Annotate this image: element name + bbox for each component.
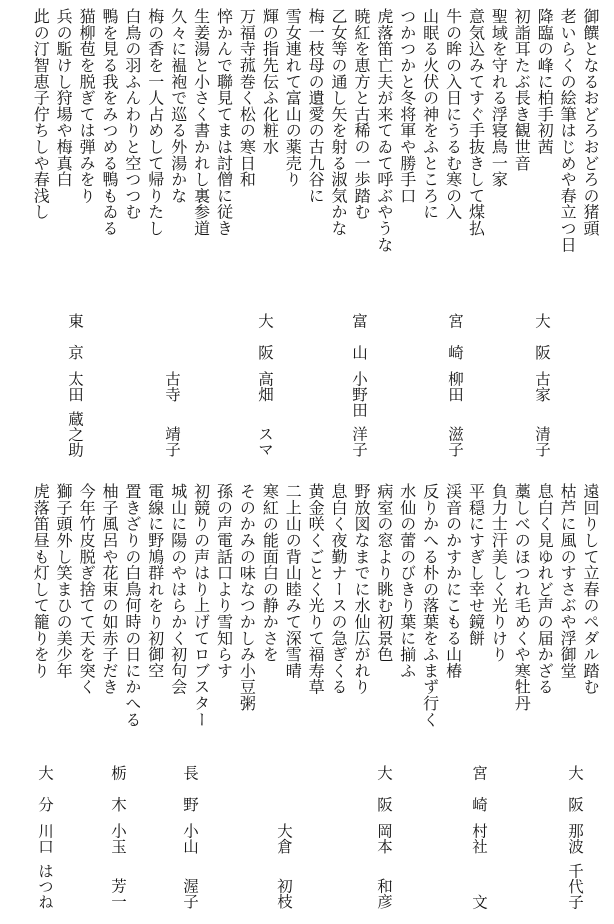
poem-column: 電線に野鳩群れをり初御空 xyxy=(142,483,165,795)
poem-column: 意気込みてすぐ手抜きして煤払 xyxy=(463,8,486,320)
author-attribution: 大倉初枝 xyxy=(272,765,290,924)
poem-column: 虎落笛昼も灯して籠りをり xyxy=(27,483,50,795)
author-location: 大分 xyxy=(33,765,55,828)
author-given-name: 蔵之助 xyxy=(63,411,85,458)
author-attribution: 宮崎柳田滋子 xyxy=(443,313,461,473)
poem-column: 遠回りして立春のペダル踏む xyxy=(577,483,600,795)
author-given-name: 千代子 xyxy=(563,863,585,910)
poem-column: 老いらくの絵筆はじめや春立つ日 xyxy=(554,8,577,320)
author-attribution: 東京太田蔵之助 xyxy=(63,313,81,473)
author-location: 宮崎 xyxy=(443,313,465,376)
poem-list-top: 御饌となるおどろおどろの猪頭老いらくの絵筆はじめや春立つ日降臨の峰に柏手初茜初詣… xyxy=(27,8,600,320)
poem-column: 初競りの声はり上げてロブスター xyxy=(188,483,211,795)
poem-column: 白鳥の羽ふんわりと空つつむ xyxy=(119,8,142,320)
poem-column: 病室の窓より眺む初景色 xyxy=(371,483,394,795)
author-surname: 岡本 xyxy=(372,823,394,854)
author-given-name: 芳一 xyxy=(106,878,128,909)
poem-column: 渓音のかすかにこもる山椿 xyxy=(440,483,463,795)
author-surname: 川口 xyxy=(33,823,55,854)
author-surname: 古寺 xyxy=(160,371,182,402)
author-name: 小玉芳一 xyxy=(106,823,128,909)
author-given-name: 和彦 xyxy=(372,878,394,909)
poem-column: 山眠る火伏の神をふところに xyxy=(417,8,440,320)
author-name: 古家清子 xyxy=(530,371,552,457)
poem-column: 初詣耳たぶ長き観世音 xyxy=(508,8,531,320)
author-attribution: 栃木小玉芳一 xyxy=(106,765,124,924)
author-location: 長野 xyxy=(178,765,200,828)
author-location: 東京 xyxy=(63,313,85,376)
author-attribution: 長野小山渥子 xyxy=(178,765,196,924)
author-location: 富山 xyxy=(347,313,369,376)
author-name: 小野田洋子 xyxy=(347,371,369,457)
author-name: 小山渥子 xyxy=(178,823,200,909)
author-band-bottom: 大阪那波千代子宮崎村社文大阪岡本和彦大倉初枝長野小山渥子栃木小玉芳一大分川口はつ… xyxy=(0,765,614,924)
poem-column: 梅の香を一人占めして帰りたし xyxy=(142,8,165,320)
poem-column: 城山に陽のやはらかく初句会 xyxy=(165,483,188,795)
author-given-name: 靖子 xyxy=(160,426,182,457)
poem-column: 兵の駈けし狩場や梅真白 xyxy=(50,8,73,320)
poem-column: 枯芦に風のすさぶや浮御堂 xyxy=(554,483,577,795)
author-surname: 太田 xyxy=(63,371,85,402)
author-attribution: 大阪高畑スマ xyxy=(253,313,271,473)
author-attribution: 大阪那波千代子 xyxy=(563,765,581,924)
poem-column: 万福寺菰巻く松の寒日和 xyxy=(234,8,257,320)
poem-column: 今年竹皮脱ぎ捨てて天を突く xyxy=(73,483,96,795)
author-surname: 小野田 xyxy=(347,371,369,418)
poem-column: 雪女連れて富山の薬売り xyxy=(279,8,302,320)
author-location: 大阪 xyxy=(563,765,585,828)
author-given-name: 清子 xyxy=(530,426,552,457)
author-given-name: はつね xyxy=(33,863,55,910)
poem-column: 聖域を守れる浮寝鳥一家 xyxy=(485,8,508,320)
poem-column: 輝の指先伝ふ化粧水 xyxy=(256,8,279,320)
author-name: 川口はつね xyxy=(33,823,55,909)
author-given-name: 渥子 xyxy=(178,878,200,909)
author-attribution: 大阪古家清子 xyxy=(530,313,548,473)
poem-column: そのかみの味なつかしみ小豆粥 xyxy=(234,483,257,795)
author-location: 大阪 xyxy=(530,313,552,376)
poem-column: 獅子頭外し笑まひの美少年 xyxy=(50,483,73,795)
author-name: 那波千代子 xyxy=(563,823,585,909)
poem-column: 二上山の背山睦みて深雪晴 xyxy=(279,483,302,795)
poem-column: 生姜湯と小さく書かれし裏参道 xyxy=(188,8,211,320)
author-attribution: 大阪岡本和彦 xyxy=(372,765,390,924)
author-name: 高畑スマ xyxy=(253,371,275,457)
author-name: 大倉初枝 xyxy=(272,823,294,909)
poem-column: つかつかと冬将軍や勝手口 xyxy=(394,8,417,320)
author-name: 太田蔵之助 xyxy=(63,371,85,457)
author-surname: 大倉 xyxy=(272,823,294,854)
author-given-name: 滋子 xyxy=(443,426,465,457)
section-bottom: 遠回りして立春のペダル踏む枯芦に風のすさぶや浮御堂息白く見ゆれど声の届かざる藁し… xyxy=(0,462,614,924)
poem-column: 猫柳苞を脱ぎては弾みをり xyxy=(73,8,96,320)
poem-column: 野放図なまでに水仙広がれり xyxy=(348,483,371,795)
author-name: 村社文 xyxy=(467,823,489,909)
poem-column: 平穏にすぎし幸せ鏡餅 xyxy=(463,483,486,795)
author-location: 栃木 xyxy=(106,765,128,828)
author-attribution: 大分川口はつね xyxy=(33,765,51,924)
poem-column: 黄金咲くごとく光りて福寿草 xyxy=(302,483,325,795)
author-surname: 那波 xyxy=(563,823,585,854)
poem-column: 降臨の峰に柏手初茜 xyxy=(531,8,554,320)
author-given-name: スマ xyxy=(253,426,275,457)
poem-column: 孫の声電話口より雪知らす xyxy=(211,483,234,795)
author-given-name: 初枝 xyxy=(272,878,294,909)
poem-list-bottom: 遠回りして立春のペダル踏む枯芦に風のすさぶや浮御堂息白く見ゆれど声の届かざる藁し… xyxy=(27,483,600,795)
author-surname: 小山 xyxy=(178,823,200,854)
author-attribution: 宮崎村社文 xyxy=(467,765,485,924)
poem-column: 此の汀智恵子佇ちしや春浅し xyxy=(27,8,50,320)
author-location: 宮崎 xyxy=(467,765,489,828)
poem-column: 藁しべのほつれ毛めくや寒牡丹 xyxy=(508,483,531,795)
author-given-name: 洋子 xyxy=(347,426,369,457)
author-name: 古寺靖子 xyxy=(160,371,182,457)
poem-column: 乙女等の通し矢を射る淑気かな xyxy=(325,8,348,320)
poem-column: 柚子風呂や花束の如赤子だき xyxy=(96,483,119,795)
author-location: 大阪 xyxy=(253,313,275,376)
poem-column: 悴かんで聯見てまは討僧に従き xyxy=(211,8,234,320)
poem-column: 負力士汗美しく光りけり xyxy=(485,483,508,795)
author-surname: 高畑 xyxy=(253,371,275,402)
poem-column: 反りかへる朴の落葉をふまず行く xyxy=(417,483,440,795)
anthology-page: 御饌となるおどろおどろの猪頭老いらくの絵筆はじめや春立つ日降臨の峰に柏手初茜初詣… xyxy=(0,0,614,924)
author-surname: 村社 xyxy=(467,823,489,854)
author-surname: 柳田 xyxy=(443,371,465,402)
poem-column: 水仙の蕾のびきり葉に揃ふ xyxy=(394,483,417,795)
author-name: 柳田滋子 xyxy=(443,371,465,457)
poem-column: 暁紅を恵方と古稀の一歩踏む xyxy=(348,8,371,320)
poem-column: 鴨を見る我をみつめる鴨もゐる xyxy=(96,8,119,320)
poem-column: 久々に褞袍で巡る外湯かな xyxy=(165,8,188,320)
author-given-name: 文 xyxy=(467,894,489,910)
poem-column: 寒紅の能面白の静かさを xyxy=(256,483,279,795)
author-attribution: 古寺靖子 xyxy=(160,313,178,473)
author-surname: 小玉 xyxy=(106,823,128,854)
author-surname: 古家 xyxy=(530,371,552,402)
author-location: 大阪 xyxy=(372,765,394,828)
author-band-top: 大阪古家清子宮崎柳田滋子富山小野田洋子大阪高畑スマ古寺靖子東京太田蔵之助 xyxy=(0,313,614,478)
section-top: 御饌となるおどろおどろの猪頭老いらくの絵筆はじめや春立つ日降臨の峰に柏手初茜初詣… xyxy=(0,0,614,462)
poem-column: 息白く見ゆれど声の届かざる xyxy=(531,483,554,795)
poem-column: 虎落笛亡夫が来てゐて呼ぶやうな xyxy=(371,8,394,320)
author-attribution: 富山小野田洋子 xyxy=(347,313,365,473)
author-name: 岡本和彦 xyxy=(372,823,394,909)
poem-column: 御饌となるおどろおどろの猪頭 xyxy=(577,8,600,320)
poem-column: 梅一枝母の遺愛の古九谷に xyxy=(302,8,325,320)
poem-column: 息白く夜勤ナースの急ぎくる xyxy=(325,483,348,795)
poem-column: 牛の眸の入日にうるむ寒の入 xyxy=(440,8,463,320)
poem-column: 置きざりの白鳥何時の日にかへる xyxy=(119,483,142,795)
